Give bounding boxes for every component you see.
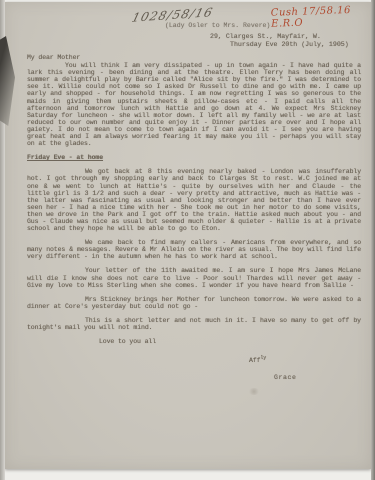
letter-paper: 1028/58/16 Cush 17/58.16 E.R.O (Lady Osl… — [5, 2, 371, 469]
letter-paragraph: Mrs Stickney brings her Mother for lunch… — [27, 296, 361, 310]
letter-body: My dear Mother You will think I am very … — [27, 54, 361, 382]
letter-paragraph: We got back at 8 this evening nearly bak… — [27, 168, 361, 232]
signoff-text: Aff — [249, 357, 260, 364]
valediction: Love to you all — [99, 338, 361, 345]
red-catalog-number: Cush 17/58.16 E.R.O — [271, 4, 372, 29]
letter-paragraph: We came back to find many callers - Amer… — [27, 239, 361, 260]
address-block: 29, Clarges St., Mayfair, W. Thursday Ev… — [210, 33, 349, 48]
scan-right-edge — [371, 0, 375, 480]
section-heading: Friday Eve - at home — [27, 154, 361, 161]
paper-stain — [248, 388, 260, 395]
typed-attribution: (Lady Osler to Mrs. Revere) — [165, 22, 270, 29]
scanned-letter-page: 1028/58/16 Cush 17/58.16 E.R.O (Lady Osl… — [0, 0, 375, 480]
address-line: 29, Clarges St., Mayfair, W. — [210, 33, 349, 41]
salutation: My dear Mother — [27, 54, 361, 61]
signoff-superscript: ly — [260, 355, 266, 361]
signoff: Affly — [249, 355, 361, 364]
date-line: Thursday Eve 20th (July, 1905) — [230, 41, 349, 49]
letter-paragraph: This is a short letter and not much in i… — [27, 317, 361, 331]
signature: Grace — [274, 374, 361, 381]
letter-paragraph: You will think I am very dissipated - up… — [27, 62, 361, 147]
letter-paragraph: Your letter of the 11th awaited me. I am… — [27, 267, 361, 288]
